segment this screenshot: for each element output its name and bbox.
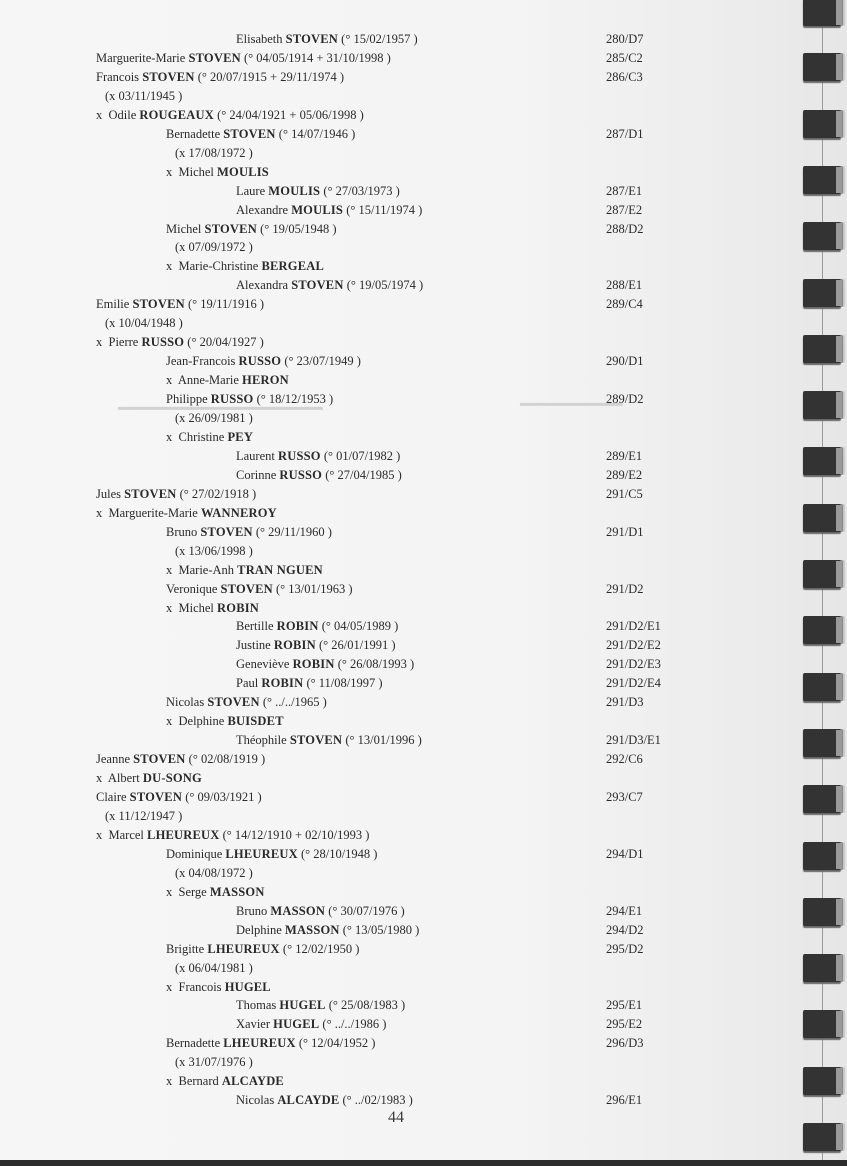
first-name: Pierre bbox=[109, 335, 139, 349]
first-name: Dominique bbox=[166, 847, 222, 861]
marriage-row: (x 03/11/1945 ) bbox=[0, 87, 700, 106]
last-name: HUGEL bbox=[273, 1017, 319, 1031]
person-row: Michel STOVEN (° 19/05/1948 )288/D2 bbox=[0, 220, 700, 239]
life-dates: (° 29/11/1960 ) bbox=[256, 525, 332, 539]
first-name: Bernard bbox=[179, 1074, 219, 1088]
reference-code: 293/C7 bbox=[606, 788, 643, 807]
first-name: Geneviève bbox=[236, 657, 289, 671]
spouse-row: x Serge MASSON bbox=[0, 883, 700, 902]
binding-ring bbox=[803, 110, 841, 138]
life-dates: (° 25/08/1983 ) bbox=[329, 998, 406, 1012]
document-page: ▁▁▁▁▁▁▁▁▁▁▁▁▁▁ ▁▁▁▁▁▁▁ Elisabeth STOVEN … bbox=[0, 0, 847, 1166]
person-name: x Albert DU-SONG bbox=[96, 769, 202, 788]
last-name: RUSSO bbox=[278, 449, 321, 463]
reference-code: 291/D3/E1 bbox=[606, 731, 661, 750]
person-row: Théophile STOVEN (° 13/01/1996 )291/D3/E… bbox=[0, 731, 700, 750]
life-dates: (° 24/04/1921 + 05/06/1998 ) bbox=[217, 108, 364, 122]
person-row: Nicolas ALCAYDE (° ../02/1983 )296/E1 bbox=[0, 1091, 700, 1110]
marriage-date: (x 26/09/1981 ) bbox=[175, 409, 253, 428]
person-name: Emilie STOVEN (° 19/11/1916 ) bbox=[96, 295, 264, 314]
reference-code: 295/D2 bbox=[606, 940, 644, 959]
life-dates: (° 27/02/1918 ) bbox=[180, 487, 257, 501]
person-name: x Marie-Anh TRAN NGUEN bbox=[166, 561, 323, 580]
marriage-date: (x 11/12/1947 ) bbox=[105, 807, 182, 826]
first-name: Justine bbox=[236, 638, 271, 652]
spouse-marker: x bbox=[166, 885, 172, 899]
first-name: Odile bbox=[109, 108, 137, 122]
binding-ring bbox=[803, 504, 841, 532]
spouse-row: x Marguerite-Marie WANNEROY bbox=[0, 504, 700, 523]
reference-code: 291/D2/E3 bbox=[606, 655, 661, 674]
life-dates: (° ../02/1983 ) bbox=[343, 1093, 413, 1107]
marriage-row: (x 06/04/1981 ) bbox=[0, 959, 700, 978]
spouse-marker: x bbox=[96, 335, 102, 349]
first-name: Marguerite-Marie bbox=[96, 51, 185, 65]
first-name: Théophile bbox=[236, 733, 287, 747]
reference-code: 294/E1 bbox=[606, 902, 642, 921]
life-dates: (° 19/05/1974 ) bbox=[347, 278, 424, 292]
person-name: x Marcel LHEUREUX (° 14/12/1910 + 02/10/… bbox=[96, 826, 369, 845]
person-name: Nicolas ALCAYDE (° ../02/1983 ) bbox=[236, 1091, 413, 1110]
last-name: RUSSO bbox=[211, 392, 254, 406]
first-name: Albert bbox=[108, 771, 140, 785]
first-name: Laure bbox=[236, 184, 265, 198]
marriage-date: (x 10/04/1948 ) bbox=[105, 314, 183, 333]
reference-code: 295/E1 bbox=[606, 996, 642, 1015]
reference-code: 291/D3 bbox=[606, 693, 644, 712]
first-name: Alexandre bbox=[236, 203, 288, 217]
person-row: Laure MOULIS (° 27/03/1973 )287/E1 bbox=[0, 182, 700, 201]
spouse-row: x Marie-Christine BERGEAL bbox=[0, 257, 700, 276]
reference-code: 289/D2 bbox=[606, 390, 644, 409]
reference-code: 289/E1 bbox=[606, 447, 642, 466]
person-name: Francois STOVEN (° 20/07/1915 + 29/11/19… bbox=[96, 68, 344, 87]
binding-ring bbox=[803, 279, 841, 307]
last-name: RUSSO bbox=[279, 468, 322, 482]
person-row: Dominique LHEUREUX (° 28/10/1948 )294/D1 bbox=[0, 845, 700, 864]
last-name: HERON bbox=[242, 373, 289, 387]
person-row: Philippe RUSSO (° 18/12/1953 )289/D2 bbox=[0, 390, 700, 409]
first-name: Alexandra bbox=[236, 278, 288, 292]
last-name: STOVEN bbox=[142, 70, 194, 84]
first-name: Corinne bbox=[236, 468, 276, 482]
first-name: Claire bbox=[96, 790, 127, 804]
person-row: Jean-Francois RUSSO (° 23/07/1949 )290/D… bbox=[0, 352, 700, 371]
person-name: Delphine MASSON (° 13/05/1980 ) bbox=[236, 921, 419, 940]
person-name: x Marguerite-Marie WANNEROY bbox=[96, 504, 277, 523]
last-name: RUSSO bbox=[239, 354, 282, 368]
life-dates: (° 27/04/1985 ) bbox=[325, 468, 402, 482]
person-name: x Serge MASSON bbox=[166, 883, 265, 902]
person-row: Bernadette STOVEN (° 14/07/1946 )287/D1 bbox=[0, 125, 700, 144]
life-dates: (° 30/07/1976 ) bbox=[328, 904, 405, 918]
person-row: Alexandre MOULIS (° 15/11/1974 )287/E2 bbox=[0, 201, 700, 220]
first-name: Emilie bbox=[96, 297, 129, 311]
first-name: Delphine bbox=[236, 923, 282, 937]
last-name: ALCAYDE bbox=[222, 1074, 284, 1088]
first-name: Bernadette bbox=[166, 1036, 220, 1050]
spouse-marker: x bbox=[96, 506, 102, 520]
binding-ring bbox=[803, 673, 841, 701]
person-row: Nicolas STOVEN (° ../../1965 )291/D3 bbox=[0, 693, 700, 712]
spouse-row: x Francois HUGEL bbox=[0, 978, 700, 997]
first-name: Marguerite-Marie bbox=[109, 506, 198, 520]
first-name: Marie-Christine bbox=[179, 259, 259, 273]
binding-ring bbox=[803, 898, 841, 926]
marriage-date: (x 03/11/1945 ) bbox=[105, 87, 182, 106]
last-name: STOVEN bbox=[223, 127, 275, 141]
life-dates: (° 04/05/1914 + 31/10/1998 ) bbox=[244, 51, 391, 65]
first-name: Michel bbox=[179, 601, 214, 615]
person-row: Claire STOVEN (° 09/03/1921 )293/C7 bbox=[0, 788, 700, 807]
spouse-marker: x bbox=[96, 108, 102, 122]
binding-ring bbox=[803, 1010, 841, 1038]
first-name: Laurent bbox=[236, 449, 275, 463]
life-dates: (° 19/05/1948 ) bbox=[260, 222, 337, 236]
binding-ring bbox=[803, 0, 841, 26]
first-name: Jean-Francois bbox=[166, 354, 235, 368]
reference-code: 287/E1 bbox=[606, 182, 642, 201]
binding-ring bbox=[803, 842, 841, 870]
person-row: Jeanne STOVEN (° 02/08/1919 )292/C6 bbox=[0, 750, 700, 769]
last-name: ROBIN bbox=[274, 638, 316, 652]
binding-ring bbox=[803, 222, 841, 250]
last-name: STOVEN bbox=[207, 695, 259, 709]
person-row: Jules STOVEN (° 27/02/1918 )291/C5 bbox=[0, 485, 700, 504]
life-dates: (° 12/04/1952 ) bbox=[299, 1036, 376, 1050]
spouse-row: x Odile ROUGEAUX (° 24/04/1921 + 05/06/1… bbox=[0, 106, 700, 125]
person-name: Bernadette LHEUREUX (° 12/04/1952 ) bbox=[166, 1034, 375, 1053]
life-dates: (° 13/01/1996 ) bbox=[345, 733, 422, 747]
person-row: Bernadette LHEUREUX (° 12/04/1952 )296/D… bbox=[0, 1034, 700, 1053]
last-name: MOULIS bbox=[291, 203, 343, 217]
last-name: STOVEN bbox=[132, 297, 184, 311]
reference-code: 295/E2 bbox=[606, 1015, 642, 1034]
marriage-date: (x 13/06/1998 ) bbox=[175, 542, 253, 561]
life-dates: (° 15/02/1957 ) bbox=[341, 32, 418, 46]
life-dates: (° 15/11/1974 ) bbox=[346, 203, 422, 217]
marriage-row: (x 11/12/1947 ) bbox=[0, 807, 700, 826]
spouse-row: x Marcel LHEUREUX (° 14/12/1910 + 02/10/… bbox=[0, 826, 700, 845]
binding-ring bbox=[803, 954, 841, 982]
person-name: x Francois HUGEL bbox=[166, 978, 271, 997]
life-dates: (° 27/03/1973 ) bbox=[323, 184, 400, 198]
last-name: STOVEN bbox=[130, 790, 182, 804]
reference-code: 280/D7 bbox=[606, 30, 644, 49]
last-name: STOVEN bbox=[133, 752, 185, 766]
life-dates: (° 13/05/1980 ) bbox=[343, 923, 420, 937]
person-row: Corinne RUSSO (° 27/04/1985 )289/E2 bbox=[0, 466, 700, 485]
last-name: ROUGEAUX bbox=[139, 108, 214, 122]
first-name: Delphine bbox=[179, 714, 225, 728]
last-name: PEY bbox=[227, 430, 253, 444]
spouse-marker: x bbox=[166, 980, 172, 994]
person-name: Alexandra STOVEN (° 19/05/1974 ) bbox=[236, 276, 423, 295]
person-name: x Anne-Marie HERON bbox=[166, 371, 289, 390]
person-row: Marguerite-Marie STOVEN (° 04/05/1914 + … bbox=[0, 49, 700, 68]
person-name: x Marie-Christine BERGEAL bbox=[166, 257, 324, 276]
spouse-marker: x bbox=[166, 165, 172, 179]
last-name: LHEUREUX bbox=[207, 942, 279, 956]
reference-code: 296/D3 bbox=[606, 1034, 644, 1053]
person-name: Laurent RUSSO (° 01/07/1982 ) bbox=[236, 447, 400, 466]
first-name: Nicolas bbox=[236, 1093, 274, 1107]
spouse-marker: x bbox=[166, 430, 172, 444]
marriage-row: (x 10/04/1948 ) bbox=[0, 314, 700, 333]
spouse-marker: x bbox=[166, 563, 172, 577]
spouse-marker: x bbox=[166, 373, 172, 387]
life-dates: (° 19/11/1916 ) bbox=[188, 297, 264, 311]
marriage-date: (x 04/08/1972 ) bbox=[175, 864, 253, 883]
person-name: Bernadette STOVEN (° 14/07/1946 ) bbox=[166, 125, 355, 144]
person-name: Laure MOULIS (° 27/03/1973 ) bbox=[236, 182, 400, 201]
first-name: Paul bbox=[236, 676, 258, 690]
last-name: STOVEN bbox=[124, 487, 176, 501]
life-dates: (° 18/12/1953 ) bbox=[257, 392, 334, 406]
binding-ring bbox=[803, 560, 841, 588]
person-row: Justine ROBIN (° 26/01/1991 )291/D2/E2 bbox=[0, 636, 700, 655]
spouse-marker: x bbox=[166, 1074, 172, 1088]
person-name: x Delphine BUISDET bbox=[166, 712, 284, 731]
spouse-row: x Christine PEY bbox=[0, 428, 700, 447]
first-name: Jeanne bbox=[96, 752, 130, 766]
binding-ring bbox=[803, 391, 841, 419]
reference-code: 292/C6 bbox=[606, 750, 643, 769]
last-name: ROBIN bbox=[217, 601, 259, 615]
first-name: Nicolas bbox=[166, 695, 204, 709]
binding-ring bbox=[803, 447, 841, 475]
person-row: Francois STOVEN (° 20/07/1915 + 29/11/19… bbox=[0, 68, 700, 87]
person-row: Brigitte LHEUREUX (° 12/02/1950 )295/D2 bbox=[0, 940, 700, 959]
first-name: Bernadette bbox=[166, 127, 220, 141]
person-name: Bruno STOVEN (° 29/11/1960 ) bbox=[166, 523, 332, 542]
last-name: STOVEN bbox=[286, 32, 338, 46]
first-name: Veronique bbox=[166, 582, 217, 596]
marriage-row: (x 26/09/1981 ) bbox=[0, 409, 700, 428]
reference-code: 285/C2 bbox=[606, 49, 643, 68]
person-name: Thomas HUGEL (° 25/08/1983 ) bbox=[236, 996, 405, 1015]
person-name: Théophile STOVEN (° 13/01/1996 ) bbox=[236, 731, 422, 750]
person-row: Geneviève ROBIN (° 26/08/1993 )291/D2/E3 bbox=[0, 655, 700, 674]
binding-ring bbox=[803, 616, 841, 644]
person-name: Dominique LHEUREUX (° 28/10/1948 ) bbox=[166, 845, 377, 864]
spouse-marker: x bbox=[166, 714, 172, 728]
marriage-date: (x 07/09/1972 ) bbox=[175, 238, 253, 257]
reference-code: 289/E2 bbox=[606, 466, 642, 485]
first-name: Christine bbox=[179, 430, 225, 444]
first-name: Thomas bbox=[236, 998, 276, 1012]
marriage-row: (x 07/09/1972 ) bbox=[0, 238, 700, 257]
reference-code: 286/C3 bbox=[606, 68, 643, 87]
reference-code: 291/D1 bbox=[606, 523, 644, 542]
first-name: Bertille bbox=[236, 619, 274, 633]
last-name: HUGEL bbox=[279, 998, 325, 1012]
person-name: Paul ROBIN (° 11/08/1997 ) bbox=[236, 674, 383, 693]
binding-ring bbox=[803, 53, 841, 81]
first-name: Jules bbox=[96, 487, 121, 501]
person-row: Veronique STOVEN (° 13/01/1963 )291/D2 bbox=[0, 580, 700, 599]
reference-code: 291/D2/E4 bbox=[606, 674, 661, 693]
spouse-marker: x bbox=[166, 259, 172, 273]
first-name: Serge bbox=[179, 885, 207, 899]
person-name: Claire STOVEN (° 09/03/1921 ) bbox=[96, 788, 262, 807]
person-row: Paul ROBIN (° 11/08/1997 )291/D2/E4 bbox=[0, 674, 700, 693]
person-name: x Michel ROBIN bbox=[166, 599, 259, 618]
last-name: STOVEN bbox=[221, 582, 273, 596]
person-row: Xavier HUGEL (° ../../1986 )295/E2 bbox=[0, 1015, 700, 1034]
life-dates: (° 13/01/1963 ) bbox=[276, 582, 353, 596]
last-name: DU-SONG bbox=[143, 771, 202, 785]
person-name: Jules STOVEN (° 27/02/1918 ) bbox=[96, 485, 256, 504]
spouse-row: x Anne-Marie HERON bbox=[0, 371, 700, 390]
life-dates: (° ../../1986 ) bbox=[322, 1017, 386, 1031]
reference-code: 294/D2 bbox=[606, 921, 644, 940]
life-dates: (° 26/01/1991 ) bbox=[319, 638, 396, 652]
last-name: ROBIN bbox=[277, 619, 319, 633]
reference-code: 288/E1 bbox=[606, 276, 642, 295]
last-name: BUISDET bbox=[227, 714, 283, 728]
person-name: Jean-Francois RUSSO (° 23/07/1949 ) bbox=[166, 352, 361, 371]
person-row: Bruno MASSON (° 30/07/1976 )294/E1 bbox=[0, 902, 700, 921]
first-name: Marcel bbox=[109, 828, 144, 842]
binding-ring bbox=[803, 335, 841, 363]
last-name: MASSON bbox=[210, 885, 265, 899]
spouse-marker: x bbox=[96, 771, 102, 785]
life-dates: (° 09/03/1921 ) bbox=[185, 790, 262, 804]
person-row: Laurent RUSSO (° 01/07/1982 )289/E1 bbox=[0, 447, 700, 466]
reference-code: 288/D2 bbox=[606, 220, 644, 239]
person-name: Alexandre MOULIS (° 15/11/1974 ) bbox=[236, 201, 422, 220]
marriage-row: (x 31/07/1976 ) bbox=[0, 1053, 700, 1072]
spouse-row: x Albert DU-SONG bbox=[0, 769, 700, 788]
life-dates: (° 04/05/1989 ) bbox=[322, 619, 399, 633]
spouse-marker: x bbox=[96, 828, 102, 842]
person-name: Veronique STOVEN (° 13/01/1963 ) bbox=[166, 580, 353, 599]
person-name: x Christine PEY bbox=[166, 428, 253, 447]
last-name: LHEUREUX bbox=[225, 847, 297, 861]
reference-code: 289/C4 bbox=[606, 295, 643, 314]
binding-ring bbox=[803, 729, 841, 757]
reference-code: 287/E2 bbox=[606, 201, 642, 220]
reference-code: 287/D1 bbox=[606, 125, 644, 144]
genealogy-list: Elisabeth STOVEN (° 15/02/1957 )280/D7Ma… bbox=[0, 0, 780, 1120]
first-name: Philippe bbox=[166, 392, 208, 406]
person-name: x Odile ROUGEAUX (° 24/04/1921 + 05/06/1… bbox=[96, 106, 364, 125]
person-name: Philippe RUSSO (° 18/12/1953 ) bbox=[166, 390, 333, 409]
last-name: STOVEN bbox=[205, 222, 257, 236]
last-name: BERGEAL bbox=[261, 259, 324, 273]
first-name: Anne-Marie bbox=[178, 373, 239, 387]
reference-code: 294/D1 bbox=[606, 845, 644, 864]
life-dates: (° 28/10/1948 ) bbox=[301, 847, 378, 861]
life-dates: (° 12/02/1950 ) bbox=[283, 942, 360, 956]
life-dates: (° 01/07/1982 ) bbox=[324, 449, 401, 463]
spouse-row: x Delphine BUISDET bbox=[0, 712, 700, 731]
life-dates: (° 02/08/1919 ) bbox=[189, 752, 266, 766]
person-name: x Bernard ALCAYDE bbox=[166, 1072, 284, 1091]
life-dates: (° 11/08/1997 ) bbox=[306, 676, 382, 690]
marriage-row: (x 17/08/1972 ) bbox=[0, 144, 700, 163]
first-name: Michel bbox=[179, 165, 214, 179]
last-name: MASSON bbox=[285, 923, 340, 937]
page-number: 44 bbox=[388, 1109, 404, 1127]
marriage-date: (x 31/07/1976 ) bbox=[175, 1053, 253, 1072]
last-name: MOULIS bbox=[268, 184, 320, 198]
spouse-row: x Marie-Anh TRAN NGUEN bbox=[0, 561, 700, 580]
first-name: Francois bbox=[179, 980, 222, 994]
person-row: Elisabeth STOVEN (° 15/02/1957 )280/D7 bbox=[0, 30, 700, 49]
reference-code: 291/D2/E1 bbox=[606, 617, 661, 636]
binding-ring bbox=[803, 1123, 841, 1151]
last-name: RUSSO bbox=[141, 335, 184, 349]
last-name: MOULIS bbox=[217, 165, 269, 179]
life-dates: (° 14/07/1946 ) bbox=[279, 127, 356, 141]
reference-code: 291/C5 bbox=[606, 485, 643, 504]
person-row: Bertille ROBIN (° 04/05/1989 )291/D2/E1 bbox=[0, 617, 700, 636]
last-name: STOVEN bbox=[290, 733, 342, 747]
person-row: Thomas HUGEL (° 25/08/1983 )295/E1 bbox=[0, 996, 700, 1015]
life-dates: (° 23/07/1949 ) bbox=[284, 354, 361, 368]
person-name: Justine ROBIN (° 26/01/1991 ) bbox=[236, 636, 396, 655]
person-name: Brigitte LHEUREUX (° 12/02/1950 ) bbox=[166, 940, 359, 959]
last-name: MASSON bbox=[270, 904, 325, 918]
first-name: Brigitte bbox=[166, 942, 204, 956]
person-name: Xavier HUGEL (° ../../1986 ) bbox=[236, 1015, 386, 1034]
spouse-row: x Michel MOULIS bbox=[0, 163, 700, 182]
spouse-row: x Pierre RUSSO (° 20/04/1927 ) bbox=[0, 333, 700, 352]
person-name: Bruno MASSON (° 30/07/1976 ) bbox=[236, 902, 405, 921]
first-name: Bruno bbox=[166, 525, 197, 539]
last-name: WANNEROY bbox=[201, 506, 277, 520]
life-dates: (° 26/08/1993 ) bbox=[338, 657, 415, 671]
reference-code: 291/D2 bbox=[606, 580, 644, 599]
person-name: Michel STOVEN (° 19/05/1948 ) bbox=[166, 220, 337, 239]
first-name: Elisabeth bbox=[236, 32, 283, 46]
last-name: HUGEL bbox=[225, 980, 271, 994]
spouse-row: x Michel ROBIN bbox=[0, 599, 700, 618]
marriage-date: (x 06/04/1981 ) bbox=[175, 959, 253, 978]
binding-ring bbox=[803, 166, 841, 194]
person-name: Marguerite-Marie STOVEN (° 04/05/1914 + … bbox=[96, 49, 391, 68]
reference-code: 291/D2/E2 bbox=[606, 636, 661, 655]
person-name: Bertille ROBIN (° 04/05/1989 ) bbox=[236, 617, 398, 636]
last-name: LHEUREUX bbox=[147, 828, 219, 842]
reference-code: 296/E1 bbox=[606, 1091, 642, 1110]
life-dates: (° 14/12/1910 + 02/10/1993 ) bbox=[223, 828, 370, 842]
person-name: Jeanne STOVEN (° 02/08/1919 ) bbox=[96, 750, 265, 769]
first-name: Marie-Anh bbox=[179, 563, 235, 577]
last-name: LHEUREUX bbox=[223, 1036, 295, 1050]
spouse-row: x Bernard ALCAYDE bbox=[0, 1072, 700, 1091]
marriage-date: (x 17/08/1972 ) bbox=[175, 144, 253, 163]
binding-ring bbox=[803, 785, 841, 813]
binding-ring bbox=[803, 1067, 841, 1095]
last-name: ROBIN bbox=[261, 676, 303, 690]
person-name: x Pierre RUSSO (° 20/04/1927 ) bbox=[96, 333, 264, 352]
first-name: Xavier bbox=[236, 1017, 270, 1031]
person-name: Corinne RUSSO (° 27/04/1985 ) bbox=[236, 466, 402, 485]
last-name: TRAN NGUEN bbox=[237, 563, 323, 577]
person-row: Delphine MASSON (° 13/05/1980 )294/D2 bbox=[0, 921, 700, 940]
person-row: Emilie STOVEN (° 19/11/1916 )289/C4 bbox=[0, 295, 700, 314]
life-dates: (° 20/04/1927 ) bbox=[187, 335, 264, 349]
last-name: ROBIN bbox=[293, 657, 335, 671]
person-row: Bruno STOVEN (° 29/11/1960 )291/D1 bbox=[0, 523, 700, 542]
marriage-row: (x 04/08/1972 ) bbox=[0, 864, 700, 883]
first-name: Bruno bbox=[236, 904, 267, 918]
person-name: Nicolas STOVEN (° ../../1965 ) bbox=[166, 693, 327, 712]
person-name: Elisabeth STOVEN (° 15/02/1957 ) bbox=[236, 30, 418, 49]
